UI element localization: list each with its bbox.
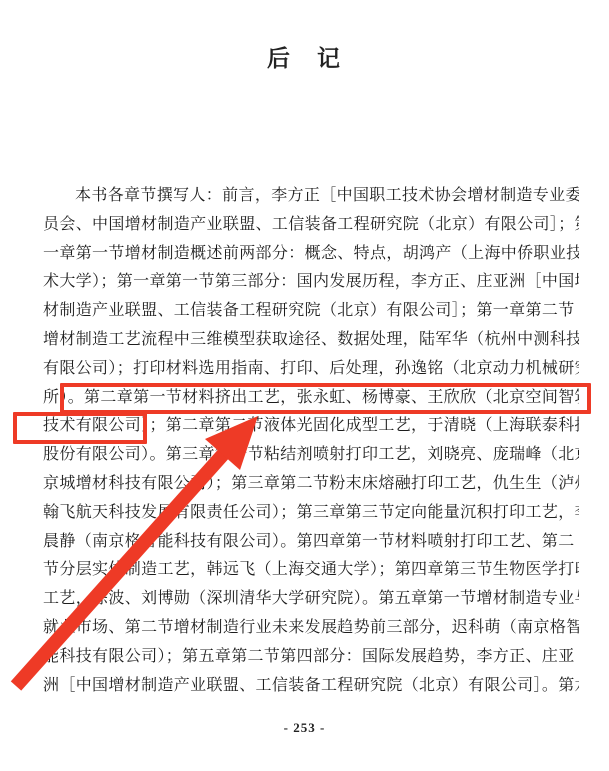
body-line: 员会、中国增材制造产业联盟、工信装备工程研究院（北京）有限公司］；第 (43, 211, 579, 240)
body-line: 本书各章节撰写人：前言，李方正［中国职工技术协会增材制造专业委 (43, 182, 579, 211)
body-line: 节分层实体制造工艺，韩远飞（上海交通大学）；第四章第三节生物医学打印 (43, 556, 579, 585)
body-line: 翰飞航天科技发展有限责任公司）；第三章第三节定向能量沉积打印工艺，李 (43, 499, 579, 528)
body-line: 材制造产业联盟、工信装备工程研究院（北京）有限公司］；第一章第二节 (43, 297, 579, 326)
body-line: 一章第一节增材制造概述前两部分：概念、特点，胡鸿产（上海中侨职业技 (43, 240, 579, 269)
body-line: 增材制造工艺流程中三维模型获取途径、数据处理，陆军华（杭州中测科技 (43, 326, 579, 355)
body-line: 京城增材科技有限公司）；第三章第二节粉末床熔融打印工艺，仇生生（泸州 (43, 470, 579, 499)
body-line: 洲［中国增材制造产业联盟、工信装备工程研究院（北京）有限公司］。第六章 (43, 672, 579, 701)
red-highlight-box-2 (13, 412, 147, 444)
body-line: 术大学）；第一章第一节第三部分：国内发展历程，李方正、庄亚洲［中国增 (43, 268, 579, 297)
body-line: 股份有限公司）。第三章第一节粘结剂喷射打印工艺，刘晓亮、庞瑞峰（北京 (43, 441, 579, 470)
body-line: 晨静（南京格智能科技有限公司）。第四章第一节材料喷射打印工艺、第二 (43, 528, 579, 557)
page-title: 后 记 (0, 40, 609, 73)
body-line: 工艺，徐波、刘博勋（深圳清华大学研究院）。第五章第一节增材制造专业与 (43, 585, 579, 614)
red-highlight-box-1 (60, 383, 591, 414)
body-line: 有限公司）；打印材料选用指南、打印、后处理，孙逸铭（北京动力机械研究 (43, 355, 579, 384)
page-number: - 253 - (0, 720, 609, 736)
body-line: 就业市场、第二节增材制造行业未来发展趋势前三部分，迟科萌（南京格智 (43, 614, 579, 643)
book-page: 后 记 本书各章节撰写人：前言，李方正［中国职工技术协会增材制造专业委 员会、中… (0, 0, 609, 771)
body-line: 能科技有限公司）；第五章第二节第四部分：国际发展趋势，李方正、庄亚 (43, 643, 579, 672)
